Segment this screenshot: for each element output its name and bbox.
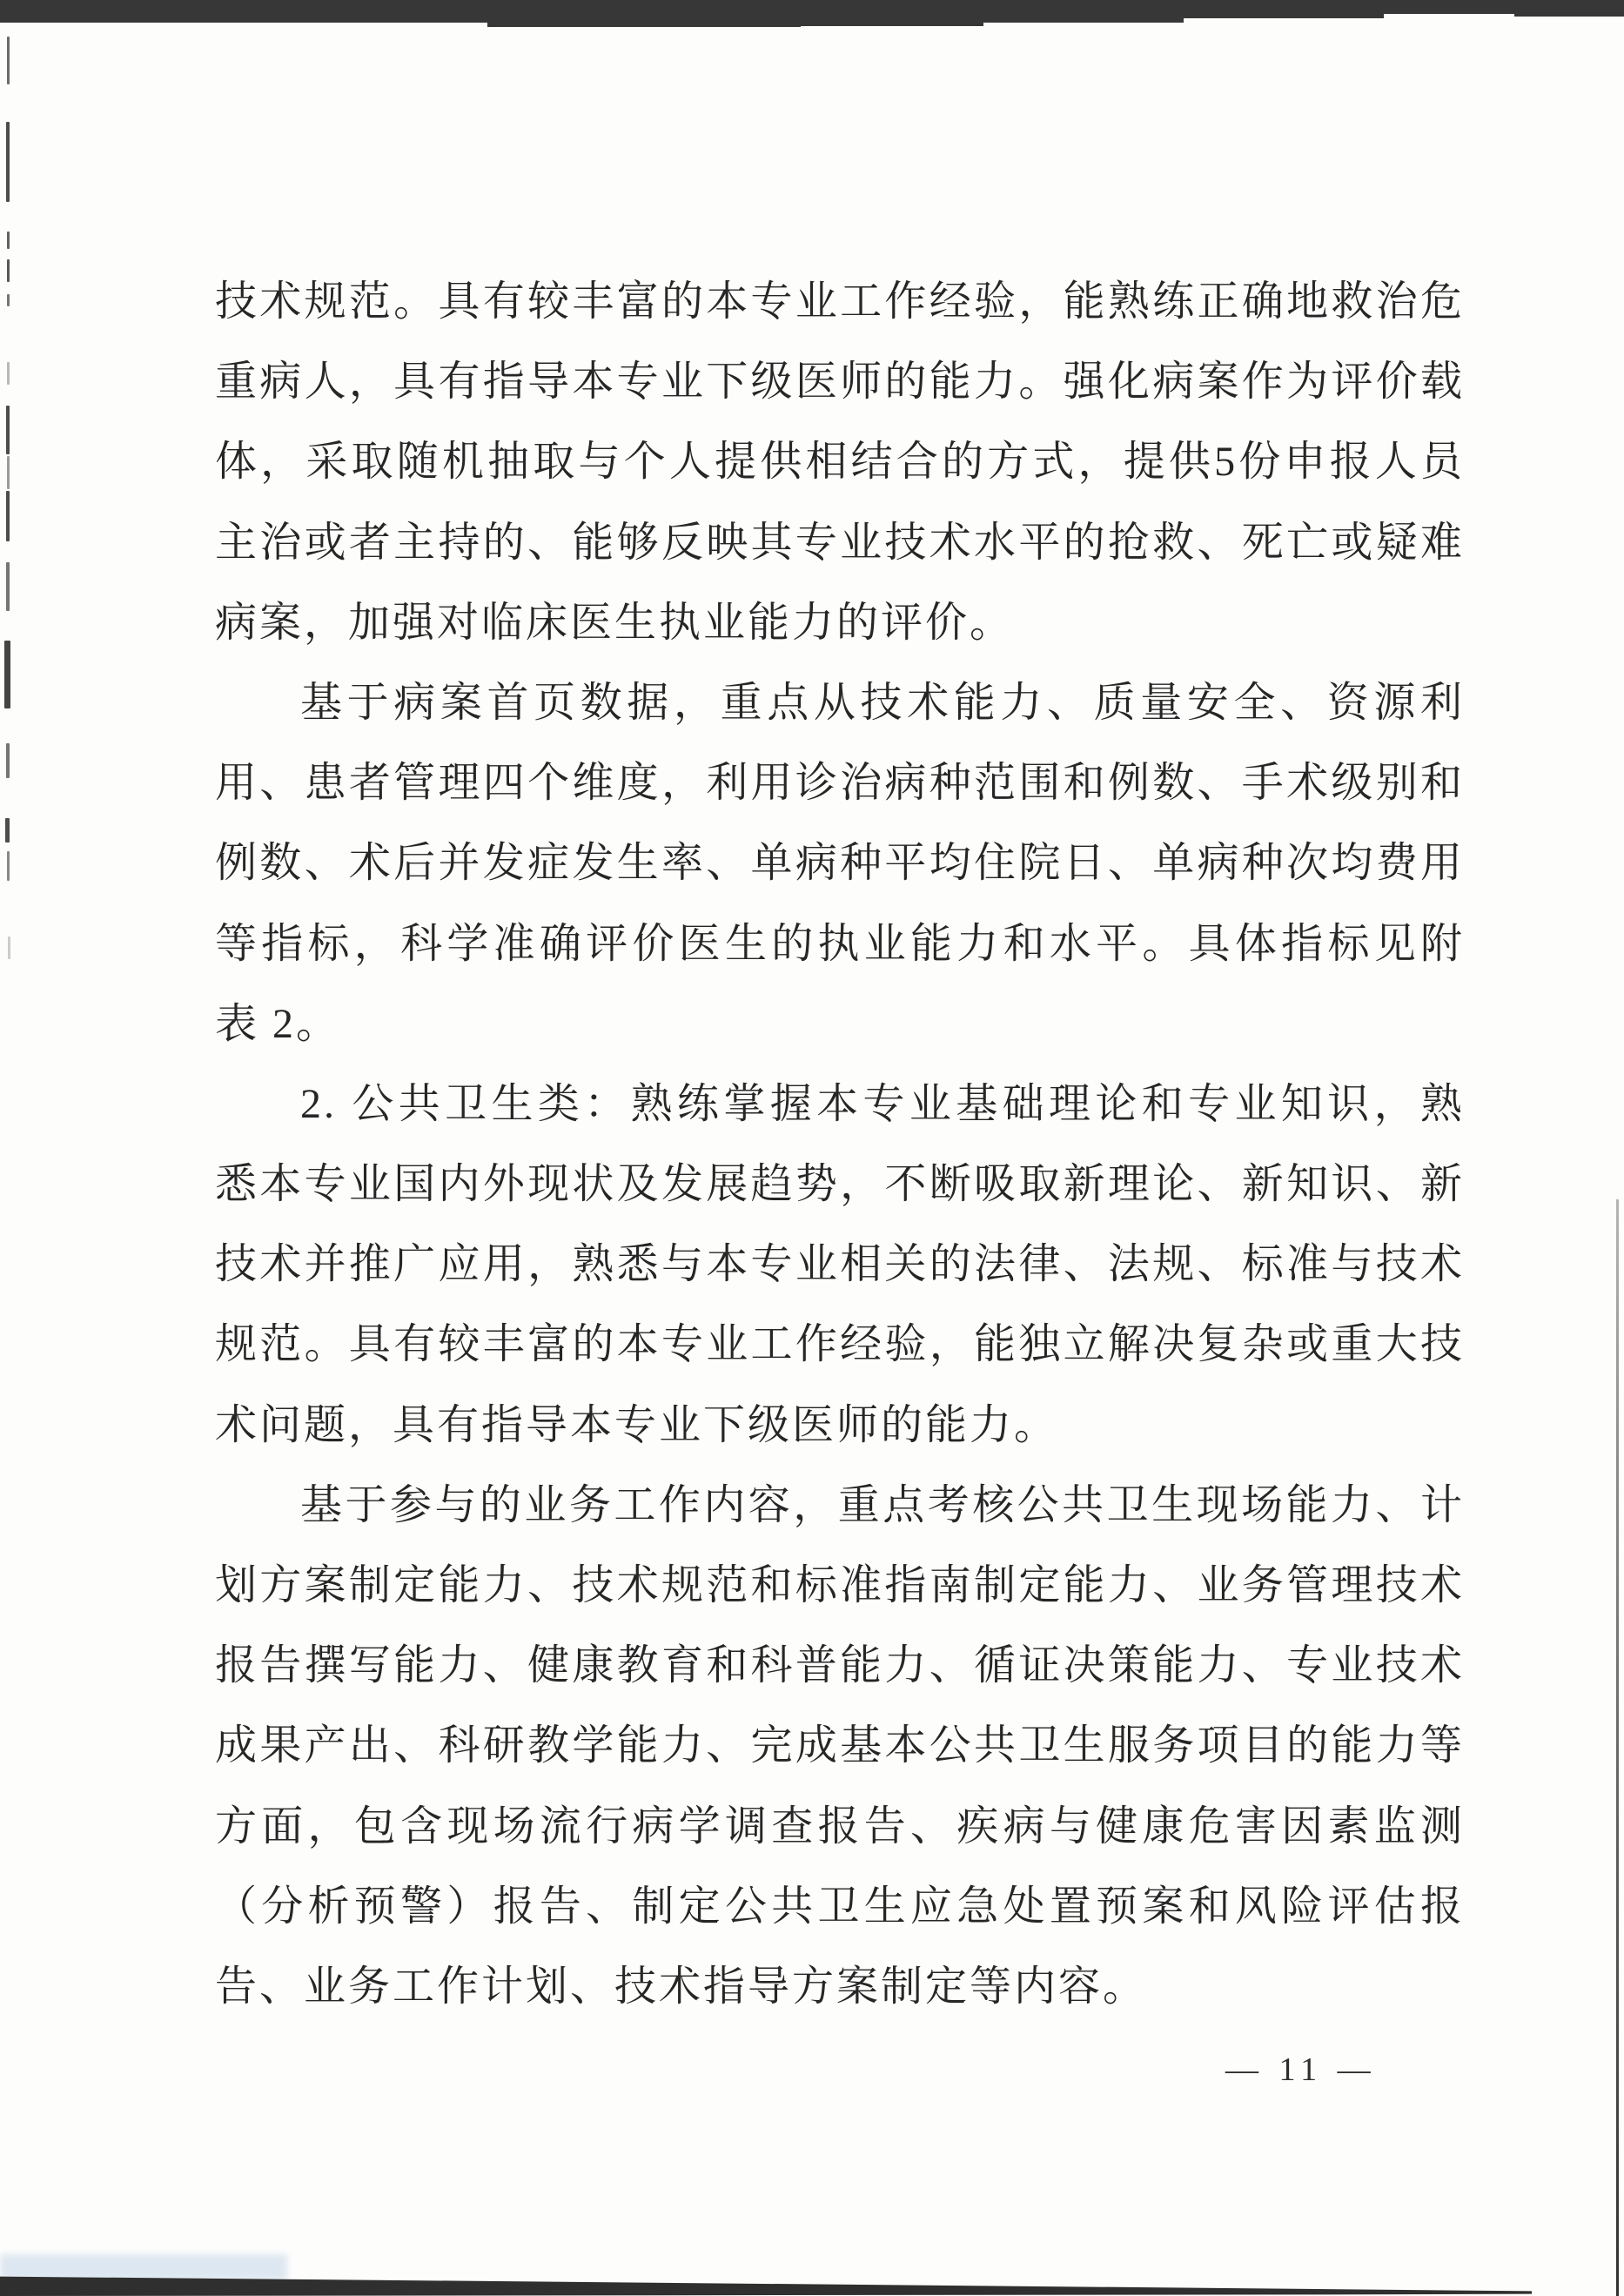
scan-left-edge-mark bbox=[7, 851, 10, 881]
scan-left-edge-mark bbox=[6, 406, 10, 454]
text-line: 基于病案首页数据，重点从技术能力、质量安全、资源利 bbox=[215, 678, 1465, 758]
text-line: 主治或者主持的、能够反映其专业技术水平的抢救、死亡或疑难 bbox=[215, 518, 1465, 598]
scan-left-edge-mark bbox=[6, 491, 10, 541]
text-line: （分析预警）报告、制定公共卫生应急处置预案和风险评估报 bbox=[215, 1882, 1465, 1962]
scan-left-edge-mark bbox=[8, 937, 10, 959]
scan-top-bar-segment bbox=[1166, 0, 1384, 18]
text-line: 重病人，具有指导本专业下级医师的能力。强化病案作为评价载 bbox=[215, 357, 1465, 437]
text-line: 技术规范。具有较丰富的本专业工作经验，能熟练正确地救治危 bbox=[215, 277, 1465, 357]
page-number: — 11 — bbox=[1225, 2051, 1377, 2089]
scan-left-edge-mark bbox=[6, 562, 10, 611]
text-line: 病案，加强对临床医生执业能力的评价。 bbox=[215, 598, 1465, 678]
scan-left-edge-mark bbox=[7, 362, 10, 385]
text-line: 用、患者管理四个维度，利用诊治病种范围和例数、手术级别和 bbox=[215, 758, 1465, 838]
scan-top-bar-segment bbox=[1366, 0, 1523, 14]
text-line: 2. 公共卫生类：熟练掌握本专业基础理论和专业知识，熟 bbox=[215, 1079, 1465, 1159]
scan-left-edge-mark bbox=[4, 641, 10, 708]
scan-left-edge-mark bbox=[5, 818, 10, 843]
text-line: 表 2。 bbox=[215, 999, 1465, 1079]
text-line: 技术并推广应用，熟悉与本专业相关的法律、法规、标准与技术 bbox=[215, 1239, 1465, 1319]
text-line: 报告撰写能力、健康教育和科普能力、循证决策能力、专业技术 bbox=[215, 1641, 1465, 1721]
scan-top-bar-segment bbox=[1514, 0, 1624, 17]
scan-top-bar-segment bbox=[766, 0, 983, 26]
text-line: 基于参与的业务工作内容，重点考核公共卫生现场能力、计 bbox=[215, 1480, 1465, 1561]
scan-right-edge-line bbox=[1616, 1199, 1619, 2296]
scan-top-bar-segment bbox=[957, 0, 1184, 23]
text-line: 告、业务工作计划、技术指导方案制定等内容。 bbox=[215, 1962, 1465, 2042]
text-line: 体，采取随机抽取与个人提供相结合的方式，提供5份申报人员 bbox=[215, 437, 1465, 517]
text-line: 方面，包含现场流行病学调查报告、疾病与健康危害因素监测 bbox=[215, 1802, 1465, 1882]
scan-left-edge-mark bbox=[7, 37, 10, 84]
scan-left-edge-mark bbox=[6, 122, 10, 202]
document-text-block: 技术规范。具有较丰富的本专业工作经验，能熟练正确地救治危 重病人，具有指导本专业… bbox=[215, 277, 1465, 2042]
scan-left-edge-mark bbox=[7, 259, 10, 282]
scan-left-edge-mark bbox=[7, 456, 10, 489]
scan-left-edge-mark bbox=[6, 743, 10, 778]
text-line: 悉本专业国内外现状及发展趋势，不断吸取新理论、新知识、新 bbox=[215, 1159, 1465, 1239]
text-line: 规范。具有较丰富的本专业工作经验，能独立解决复杂或重大技 bbox=[215, 1319, 1465, 1400]
text-line: 术问题，具有指导本专业下级医师的能力。 bbox=[215, 1400, 1465, 1480]
scan-top-bar-segment bbox=[487, 0, 801, 27]
text-line: 等指标，科学准确评价医生的执业能力和水平。具体指标见附 bbox=[215, 919, 1465, 999]
text-line: 划方案制定能力、技术规范和标准指南制定能力、业务管理技术 bbox=[215, 1561, 1465, 1641]
scan-left-edge-mark bbox=[7, 232, 10, 249]
text-line: 成果产出、科研教学能力、完成基本公共卫生服务项目的能力等 bbox=[215, 1721, 1465, 1801]
scan-left-edge-mark bbox=[7, 294, 10, 306]
text-line: 例数、术后并发症发生率、单病种平均住院日、单病种次均费用 bbox=[215, 838, 1465, 918]
scan-bottom-haze bbox=[0, 2254, 287, 2280]
